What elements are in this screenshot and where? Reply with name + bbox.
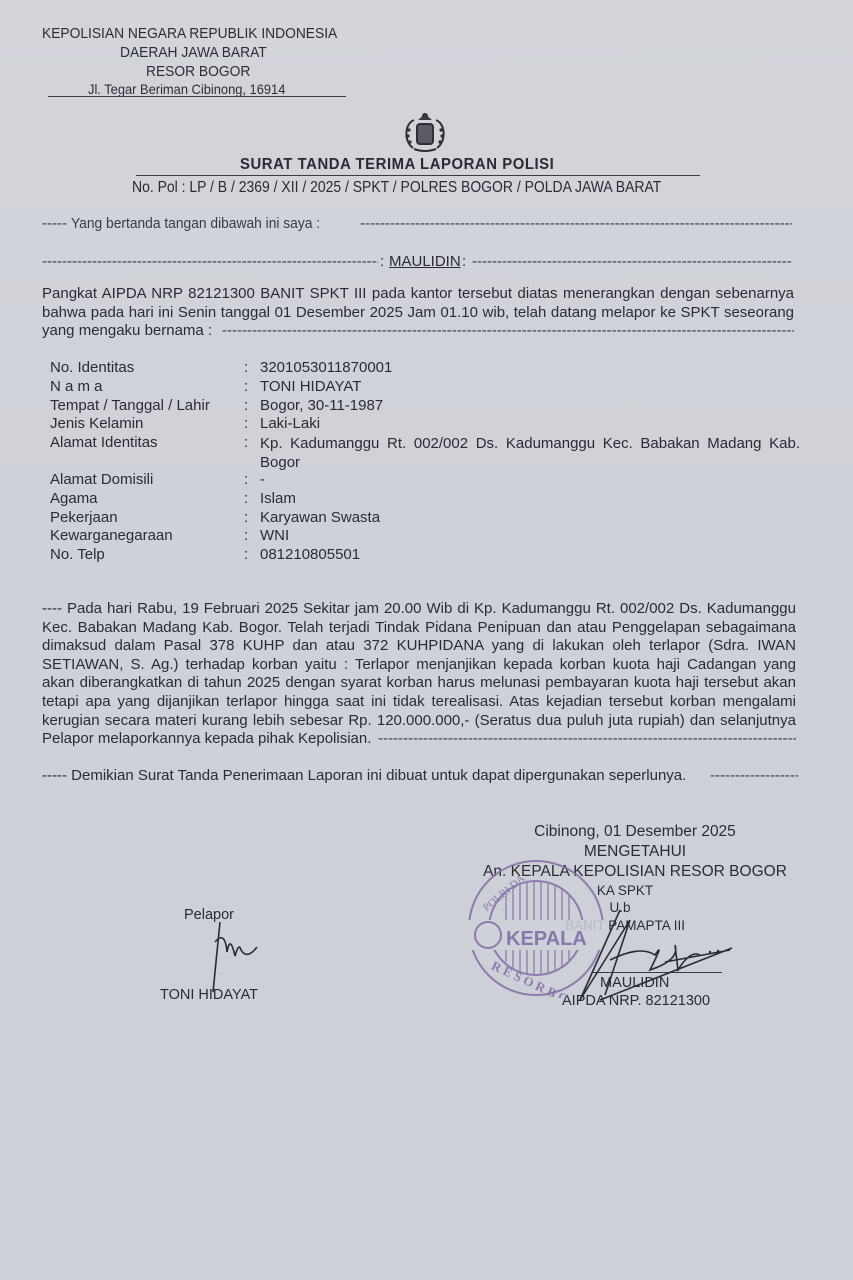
place-date: Cibinong, 01 Desember 2025 <box>470 822 800 842</box>
reporter-name: TONI HIDAYAT <box>160 986 258 1005</box>
header-line-3: RESOR BOGOR <box>146 62 250 81</box>
title-rule <box>136 175 700 176</box>
police-emblem-icon <box>400 108 450 154</box>
officer-statement: Pangkat AIPDA NRP 82121300 BANIT SPKT II… <box>42 285 794 341</box>
officer-name: MAULIDIN <box>389 252 461 271</box>
officer-signature <box>560 900 740 1010</box>
header-institution: KEPOLISIAN NEGARA REPUBLIK INDONESIA <box>42 24 363 43</box>
svg-text:R E S O R B O: R E S O R B O <box>489 958 571 998</box>
report-number: No. Pol : LP / B / 2369 / XII / 2025 / S… <box>132 178 720 197</box>
document-title: SURAT TANDA TERIMA LAPORAN POLISI <box>240 156 578 174</box>
incident-description: ---- Pada hari Rabu, 19 Februari 2025 Se… <box>42 600 796 749</box>
header-line-2: DAERAH JAWA BARAT <box>120 43 267 62</box>
closing-statement: ----- Demikian Surat Tanda Penerimaan La… <box>42 766 798 785</box>
header-underline <box>48 96 346 97</box>
header-line-1: KEPOLISIAN NEGARA REPUBLIK INDONESIA <box>42 24 337 43</box>
header-resort: RESOR BOGOR <box>146 62 259 81</box>
header-region: DAERAH JAWA BARAT <box>120 43 279 62</box>
police-report-receipt: KEPOLISIAN NEGARA REPUBLIK INDONESIA DAE… <box>0 0 853 1280</box>
signed-below-line: ----- Yang bertanda tangan dibawah ini s… <box>42 214 792 233</box>
officer-name-line: ----------------------------------------… <box>42 252 792 272</box>
